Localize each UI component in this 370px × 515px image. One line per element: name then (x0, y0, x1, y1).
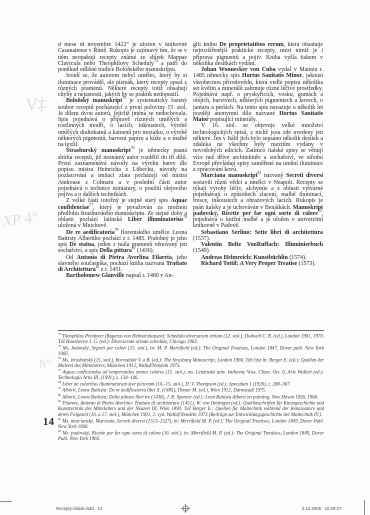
show-through-mark: N° (38, 357, 51, 371)
footnote-text: Liber de coloribus illuminatorum sive pi… (62, 383, 291, 388)
footnote: 83 Ms. padovský, Ricette per far ogni so… (58, 431, 324, 443)
body-paragraph: Soudí se, že autorem nebyl umělec, který… (58, 73, 187, 98)
show-through-mark: V‡ (25, 93, 47, 116)
page-number: 14 (43, 417, 55, 428)
footnote-number: 77 (58, 368, 61, 372)
footnote-rule (58, 330, 324, 331)
text-column-right: glii knihu De proprietatibus rerum, kter… (193, 42, 323, 332)
footnote-number: 76 (58, 356, 61, 360)
footnote-text: Ms. bolonský, Segreti per colori (15. st… (58, 347, 324, 358)
footnote: 82 Ms. marcianský, Marciana, Secreti div… (58, 419, 324, 431)
footnote-text: Filarete, Antonio di Pietro Averlino: Tr… (58, 402, 324, 418)
show-through-mark: XP 4° (2, 210, 39, 232)
footnote-number: 75 (58, 344, 61, 348)
print-slug-timestamp: 2.10.2006 15:29:27 (302, 506, 341, 511)
footnotes-section: 74 Theophilus Presbyter (Rugerus von Hel… (58, 330, 324, 443)
body-paragraph: Sebastiano Serlino: Sette libri di archi… (193, 230, 323, 243)
footnote-text: Aquas conficiendas ad temperandos omnes … (58, 371, 324, 382)
body-paragraph: glii knihu De proprietatibus rerum, kter… (193, 42, 323, 67)
body-paragraph: Štrasburský manuskript76 je německy psan… (58, 148, 187, 198)
body-paragraph: d mese di novembre 1422“ je uložen v kni… (58, 42, 187, 73)
footnote-number: 83 (58, 429, 61, 433)
body-paragraph: Z velké části totožný je stejně starý sp… (58, 198, 187, 229)
footnote: 76 Ms. štrasburský (15. stol.), Borradai… (58, 358, 324, 370)
footnote-number: 74 (58, 332, 61, 336)
footnote: 77 Aquas conficiendas ad temperandos omn… (58, 370, 324, 382)
body-paragraph: V 16. stol. se objevuje velké množství t… (193, 123, 323, 173)
text-column-left: d mese di novembre 1422“ je uložen v kni… (58, 42, 187, 332)
body-paragraph: Od Antonia di Pietra Averlina Filareta, … (58, 255, 187, 274)
crop-mark-bottom-right (364, 500, 365, 515)
footnote-text: Ms. padovský, Ricette per far ogni sorte… (58, 431, 324, 442)
body-paragraph: Richard Tottil: A Very Proper Treatise (… (193, 261, 323, 267)
footnote: 75 Ms. bolonský, Segreti per colori (15.… (58, 346, 324, 358)
body-paragraph: Valentin Boltz VonRuffach: Illuminierbuc… (193, 242, 323, 255)
footnote-text: Ms. štrasburský (15. stol.), Borradaile … (58, 359, 324, 370)
footnote-text: Alberti, Leone Battista: De re aedificat… (62, 389, 266, 394)
crop-mark-bottom-left (0, 501, 12, 502)
print-slug-filename: Recepty-dotisk.indd 14 (56, 506, 102, 511)
footnote-text: Alberti, Leone Battista: Della pittura l… (62, 395, 318, 400)
footnote-number: 81 (58, 399, 61, 403)
body-paragraph: Johan Wonnecker von Cuba vydal v Mainzu … (193, 67, 323, 123)
body-paragraph: De re aedificatoria79 florentského umělc… (58, 230, 187, 255)
footnote: 81 Filarete, Antonio di Pietro Averlino:… (58, 401, 324, 419)
footnote-number: 78 (58, 380, 61, 384)
registration-mark (181, 504, 190, 513)
footnote-text: Theophilus Presbyter (Rugerus von Helmar… (58, 335, 324, 346)
body-paragraph: Boloňský manuskript75 je systematicky řa… (58, 98, 187, 148)
book-page-scan: V‡ XP 4° N° d mese di novembre 1422“ je … (0, 0, 370, 515)
footnote-text: Ms. marcianský, Marciana, Secreti divers… (58, 419, 324, 430)
body-paragraph: Marciana manuskript82 nazvaný Secreti di… (193, 173, 323, 229)
footnote-number: 80 (58, 393, 61, 397)
footnote-number: 82 (58, 417, 61, 421)
footnote: 74 Theophilus Presbyter (Rugerus von Hel… (58, 334, 324, 346)
footnote-number: 79 (58, 386, 61, 390)
body-paragraph: Bartholomew Glanville napsal r. 1480 v A… (58, 273, 187, 279)
